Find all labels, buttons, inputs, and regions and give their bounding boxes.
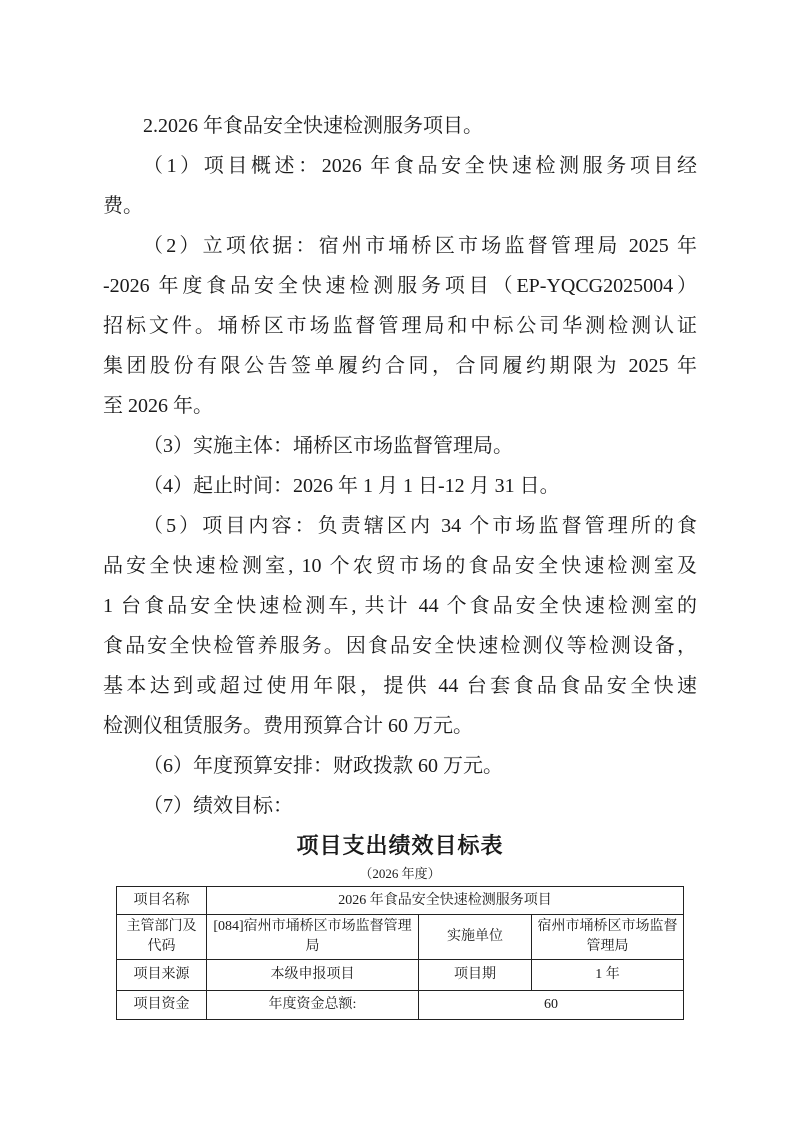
text-line: （1）项目概述：2026 年食品安全快速检测服务项目经 xyxy=(103,146,697,186)
text-line: （2）立项依据：宿州市埇桥区市场监督管理局 2025 年 xyxy=(103,226,697,266)
text-line: （5）项目内容：负责辖区内 34 个市场监督管理所的食 xyxy=(103,506,697,546)
table-row: 项目来源 本级申报项目 项目期 1 年 xyxy=(116,960,683,991)
project-period-label-cell: 项目期 xyxy=(418,960,531,991)
implement-unit-value-cell: 宿州市埇桥区市场监督管理局 xyxy=(531,915,683,960)
text-line: 集团股份有限公告签单履约合同，合同履约期限为 2025 年 xyxy=(103,346,697,386)
text-line: 食品安全快检管养服务。因食品安全快速检测仪等检测设备， xyxy=(103,626,697,666)
department-label-cell: 主管部门及代码 xyxy=(116,915,206,960)
text-line: （3）实施主体：埇桥区市场监督管理局。 xyxy=(103,426,697,466)
body-text: 2.2026 年食品安全快速检测服务项目。 （1）项目概述：2026 年食品安全… xyxy=(103,106,697,1020)
text-line: 检测仪租赁服务。费用预算合计 60 万元。 xyxy=(103,706,697,746)
text-line: 招标文件。埇桥区市场监督管理局和中标公司华测检测认证 xyxy=(103,306,697,346)
project-period-value-cell: 1 年 xyxy=(531,960,683,991)
text-line: 费。 xyxy=(103,186,697,226)
table-row: 项目名称 2026 年食品安全快速检测服务项目 xyxy=(116,887,683,915)
project-name-value-cell: 2026 年食品安全快速检测服务项目 xyxy=(206,887,683,915)
table-row: 主管部门及代码 [084]宿州市埇桥区市场监督管理局 实施单位 宿州市埇桥区市场… xyxy=(116,915,683,960)
text-line: 品安全快速检测室, 10 个农贸市场的食品安全快速检测室及 xyxy=(103,546,697,586)
project-source-label-cell: 项目来源 xyxy=(116,960,206,991)
text-line: -2026 年度食品安全快速检测服务项目（EP-YQCG2025004） xyxy=(103,266,697,306)
performance-target-table: 项目名称 2026 年食品安全快速检测服务项目 主管部门及代码 [084]宿州市… xyxy=(116,886,684,1020)
annual-fund-label-cell: 年度资金总额: xyxy=(206,991,418,1020)
text-line: （7）绩效目标： xyxy=(103,786,697,826)
document-page: 2.2026 年食品安全快速检测服务项目。 （1）项目概述：2026 年食品安全… xyxy=(0,0,793,1122)
text-line: （6）年度预算安排：财政拨款 60 万元。 xyxy=(103,746,697,786)
department-value-cell: [084]宿州市埇桥区市场监督管理局 xyxy=(206,915,418,960)
project-source-value-cell: 本级申报项目 xyxy=(206,960,418,991)
text-line: 基本达到或超过使用年限，提供 44 台套食品食品安全快速 xyxy=(103,666,697,706)
annual-fund-value-cell: 60 xyxy=(418,991,683,1020)
text-line: 至 2026 年。 xyxy=(103,386,697,426)
text-line: （4）起止时间：2026 年 1 月 1 日-12 月 31 日。 xyxy=(103,466,697,506)
performance-table-subtitle: （2026 年度） xyxy=(103,864,697,884)
table-row: 项目资金 年度资金总额: 60 xyxy=(116,991,683,1020)
text-line: 1 台食品安全快速检测车, 共计 44 个食品安全快速检测室的 xyxy=(103,586,697,626)
performance-table-title: 项目支出绩效目标表 xyxy=(103,828,697,864)
implement-unit-label-cell: 实施单位 xyxy=(418,915,531,960)
project-fund-label-cell: 项目资金 xyxy=(116,991,206,1020)
text-line: 2.2026 年食品安全快速检测服务项目。 xyxy=(103,106,697,146)
project-name-label-cell: 项目名称 xyxy=(116,887,206,915)
